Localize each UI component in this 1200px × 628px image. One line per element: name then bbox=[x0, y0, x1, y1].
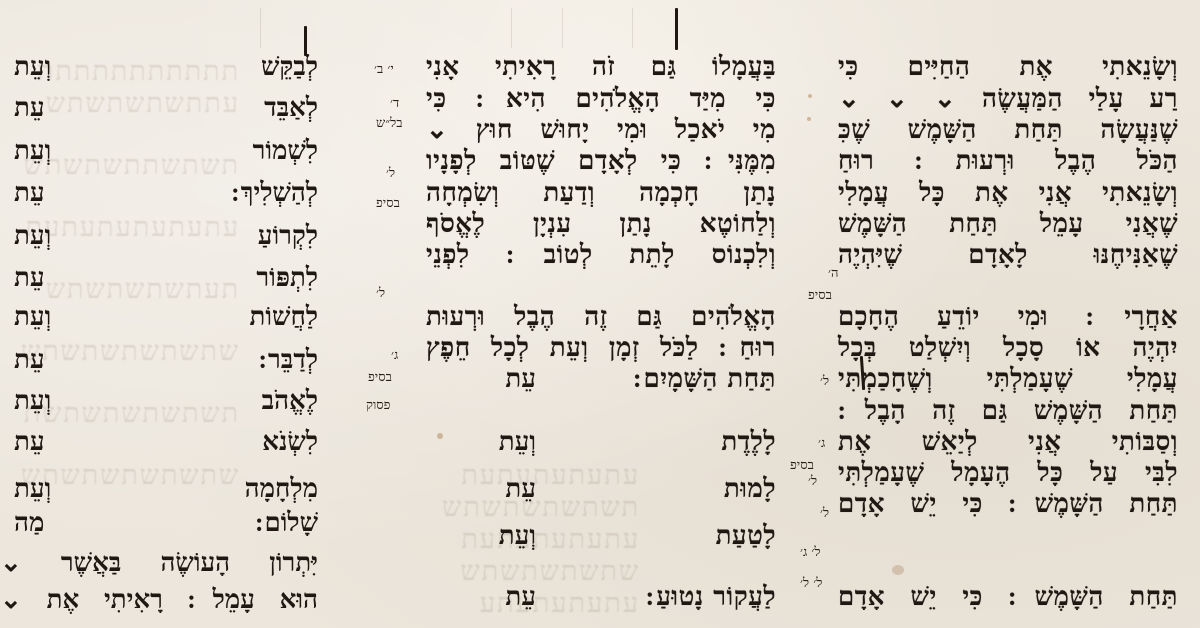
ruling-mark bbox=[562, 8, 563, 48]
text-line: וְסַבּוֹתִי אֲנִי לְיַאֵשׁ אֶת bbox=[838, 427, 1178, 458]
text-word: עֵת bbox=[14, 263, 45, 294]
text-line: מִמֶּנִּי ׃ כִּי לְאָדָם שֶׁטּוֹב לְפָנָ… bbox=[426, 146, 776, 177]
text-line: תַּחַת הַשָּׁמֶשׁ גַּם זֶה הָבֶל ׃ bbox=[838, 396, 1178, 427]
text-word: לִשְׁמוֹר bbox=[253, 136, 318, 167]
marginal-note: ג׳ bbox=[391, 348, 398, 363]
text-line: וְלִכְנוֹס לָתֵת לְטוֹב ׃ לִפְנֵי bbox=[426, 240, 776, 271]
text-line: תַּחַת הַשָּׁמֶשׁ ׃ כִּי יֵשׁ אָדָם bbox=[838, 489, 1178, 520]
text-word: וְעֵת bbox=[14, 474, 51, 505]
text-line: לָטַעַת bbox=[426, 521, 776, 552]
text-line: מִי יֹאכַל וּמִי יָחוּשׁ חוּץ ⌄ bbox=[426, 115, 776, 146]
marginal-note: ד׳ bbox=[390, 96, 399, 111]
marginal-note: ל׳ bbox=[820, 506, 829, 521]
text-word: לִקְרוֹעַ bbox=[258, 221, 318, 252]
ruling-mark bbox=[260, 8, 261, 48]
text-word: עֵת bbox=[505, 582, 536, 613]
text-word: וְעֵת bbox=[14, 302, 51, 333]
marginal-note: בל״ש bbox=[376, 116, 403, 131]
text-word: עֵת bbox=[14, 93, 45, 124]
text-word: עֵת bbox=[14, 178, 45, 209]
text-word: לֶאֱהֹב bbox=[262, 386, 318, 417]
text-word: לִתְפּוֹר bbox=[256, 263, 318, 294]
text-line: לִבִּי עַל כָּל הֶעָמָל שֶׁעָמַלְתִּי bbox=[838, 458, 1178, 489]
manuscript-page: תתתתתתתתתתת עתתשתשתשתש תשתשתתשתשתש עתעתע… bbox=[0, 0, 1200, 628]
text-word: מַה bbox=[14, 508, 44, 539]
marginal-note: בסיפ bbox=[368, 370, 392, 385]
text-line: הַכֹּל הֶבֶל וּרְעוּת ׃ רוּחַ bbox=[838, 146, 1178, 177]
text-line: יִּתְרוֹן הָעוֹשֶׂה בַּאֲשֶׁר ⌄ bbox=[0, 548, 318, 579]
ruling-mark bbox=[632, 8, 633, 48]
ruling-mark bbox=[511, 8, 512, 48]
text-line: תַּחַת הַשָּׁמָיִם ׃ bbox=[426, 364, 776, 395]
text-word: וְעֵת bbox=[14, 52, 51, 83]
text-word: לְבַקֵּשׁ bbox=[261, 52, 318, 83]
marginal-note: ל׳ bbox=[820, 374, 829, 389]
lamed-ascender bbox=[304, 26, 307, 56]
text-word: וְעֵת bbox=[499, 427, 536, 458]
text-word: שָׁלוֹם ׃ bbox=[256, 508, 319, 539]
marginal-note: ל׳ bbox=[376, 286, 385, 301]
text-line: שֶׁאַנִּיחֶנּוּ לָאָדָם שֶׁיִּהְיֶה bbox=[838, 240, 1178, 271]
text-line: וְלַחוֹטֶא נָתַן עִנְיָן לֶאֱסֹף bbox=[426, 209, 776, 240]
text-word: וְעֵת bbox=[14, 221, 51, 252]
text-line: הוּא עָמֵל ׃ רָאִיתִי אֶת ⌄ bbox=[0, 585, 318, 616]
stain-spot bbox=[808, 94, 812, 98]
text-word: מִלְחָמָה bbox=[245, 474, 318, 505]
marginal-note: י׳ ב׳ bbox=[374, 62, 394, 77]
text-line: כִּי מִיַּד הָאֱלֹהִים הִיא ׃ כִּי bbox=[426, 84, 776, 115]
marginal-note: בסיפ bbox=[376, 196, 400, 211]
text-line: בַּעֲמָלוֹ גַּם זֹה רָאִיתִי אָנִי bbox=[426, 52, 776, 83]
stain-spot bbox=[807, 117, 811, 121]
marginal-note: ל׳ ג׳ bbox=[800, 545, 821, 560]
text-word: לְדַבֵּר ׃ bbox=[259, 345, 318, 376]
text-line: וְשָׂנֵאתִי אֲנִי אֶת כָּל עֲמָלִי bbox=[838, 178, 1178, 209]
text-line: לָלֶדֶת bbox=[426, 427, 776, 458]
text-line: תַּחַת הַשָּׁמֶשׁ ׃ כִּי יֵשׁ אָדָם bbox=[838, 582, 1178, 613]
text-line: עֲמָלִי שֶׁעָמַלְתִּי וְשֶׁחָכַמְתִּי bbox=[838, 364, 1178, 395]
text-line: שֶׁאֲנִי עָמֵל תַּחַת הַשָּׁמֶשׁ bbox=[838, 209, 1178, 240]
text-word: לְאַבֵּד bbox=[264, 93, 318, 124]
marginal-note: פסוק bbox=[366, 398, 391, 413]
text-word: וְעֵת bbox=[14, 136, 51, 167]
text-line: אַחֲרָי ׃ וּמִי יוֹדֵעַ הֶחָכָם bbox=[838, 302, 1178, 333]
text-word: עֵת bbox=[505, 364, 536, 395]
text-line: הָאֱלֹהִים גַּם זֶה הֶבֶל וּרְעוּת bbox=[426, 302, 776, 333]
marginal-note: ל׳ ל׳ bbox=[800, 576, 822, 591]
text-line: יִהְיֶה אוֹ סָכָל וְיִשְׁלַט בְּכָל bbox=[838, 333, 1178, 364]
text-word: עֵת bbox=[505, 474, 536, 505]
marginal-note: בסיפ bbox=[808, 288, 832, 303]
marginal-note: ג׳ bbox=[818, 436, 825, 451]
text-word: לְהַשְׁלִיךְ ׃ bbox=[232, 178, 318, 209]
text-word: לַחֲשׁוֹת bbox=[250, 302, 318, 333]
marginal-note: ל׳ bbox=[386, 166, 395, 181]
text-line: רַע עָלַי הַמַּעֲשֶׂה ⌄ ⌄ ⌄ bbox=[838, 84, 1178, 115]
text-word: וְעֵת bbox=[14, 386, 51, 417]
marginal-note: בסיפ bbox=[790, 458, 814, 473]
text-word: וְעֵת bbox=[499, 521, 536, 552]
text-line: לָמוּת bbox=[426, 474, 776, 505]
text-line: נָתַן חָכְמָה וְדַעַת וְשִׂמְחָה bbox=[426, 178, 776, 209]
text-word: לִשְׂנֹא bbox=[262, 427, 318, 458]
text-line: רוּחַ ׃ לַכֹּל זְמָן וְעֵת לְכָל חֵפֶץ bbox=[426, 333, 776, 364]
text-word: עֵת bbox=[14, 427, 45, 458]
marginal-note: ה׳ bbox=[828, 266, 838, 281]
lamed-ascender bbox=[675, 8, 678, 50]
stain-spot bbox=[892, 565, 904, 575]
text-line: וְשָׂנֵאתִי אֶת הַחַיִּים כִּי bbox=[838, 52, 1178, 83]
marginal-note: ל׳ bbox=[808, 474, 817, 489]
text-word: עֵת bbox=[14, 345, 45, 376]
text-line: שֶׁנַּעֲשָׂה תַּחַת הַשָּׁמֶשׁ שֶׁכִּ bbox=[838, 115, 1178, 146]
text-line: לַעֲקוֹר נָטוּעַ ׃ bbox=[426, 582, 776, 613]
